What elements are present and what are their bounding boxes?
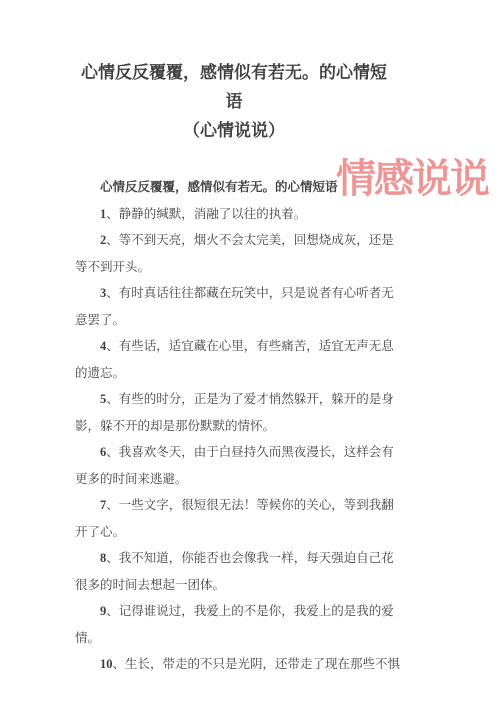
quote-line: 影，躲不开的却是那份默默的情怀。 — [75, 413, 397, 440]
quote-line: 9、记得谁说过，我爱上的不是你，我爱上的是我的爱 — [75, 598, 397, 625]
quote-line: 等不到开头。 — [75, 254, 397, 281]
page-title-line1: 心情反反覆覆，感情似有若无。的心情短语 — [75, 58, 393, 116]
item-number: 8 — [100, 551, 106, 565]
quote-line: 6、我喜欢冬天，由于白昼持久而黑夜漫长，这样会有 — [75, 439, 397, 466]
page-title-line2: （心情说说） — [75, 116, 393, 145]
quote-line: 2、等不到天亮，烟火不会太完美，回想烧成灰，还是 — [75, 227, 397, 254]
quote-line: 意罢了。 — [75, 307, 397, 334]
page-title: 心情反反覆覆，感情似有若无。的心情短语 （心情说说） — [75, 58, 393, 145]
quote-line: 3、有时真话往往都藏在玩笑中，只是说者有心听者无 — [75, 280, 397, 307]
item-number: 9 — [100, 604, 106, 618]
quote-line: 7、一些文字，很短很无法！等候你的关心，等到我翻 — [75, 492, 397, 519]
body-column: 心情反反覆覆，感情似有若无。的心情短语1、静静的缄默，消融了以往的执着。2、等不… — [75, 174, 397, 678]
item-number: 5 — [100, 392, 106, 406]
quote-line: 1、静静的缄默，消融了以往的执着。 — [75, 201, 397, 228]
quote-line: 5、有些的时分，正是为了爱才悄然躲开，躲开的是身 — [75, 386, 397, 413]
quote-line: 10、生长，带走的不只是光阴，还带走了现在那些不惧 — [75, 651, 397, 678]
item-number: 2 — [100, 233, 106, 247]
item-number: 6 — [100, 445, 106, 459]
item-number: 4 — [100, 339, 106, 353]
item-number: 10 — [100, 657, 113, 671]
item-number: 3 — [100, 286, 106, 300]
quote-line: 开了心。 — [75, 519, 397, 546]
item-number: 7 — [100, 498, 106, 512]
document-page: 心情反反覆覆，感情似有若无。的心情短语 （心情说说） 情感说说 心情反反覆覆，感… — [0, 0, 500, 708]
quote-line: 很多的时间去想起一团体。 — [75, 572, 397, 599]
watermark-stamp: 情感说说 — [336, 147, 488, 204]
item-number: 1 — [100, 207, 106, 221]
quote-line: 的遗忘。 — [75, 360, 397, 387]
quote-line: 更多的时间来逃避。 — [75, 466, 397, 493]
quote-line: 4、有些话，适宜藏在心里，有些痛苦，适宜无声无息 — [75, 333, 397, 360]
quote-line: 8、我不知道，你能否也会像我一样，每天强迫自己花 — [75, 545, 397, 572]
quote-line: 情。 — [75, 625, 397, 652]
